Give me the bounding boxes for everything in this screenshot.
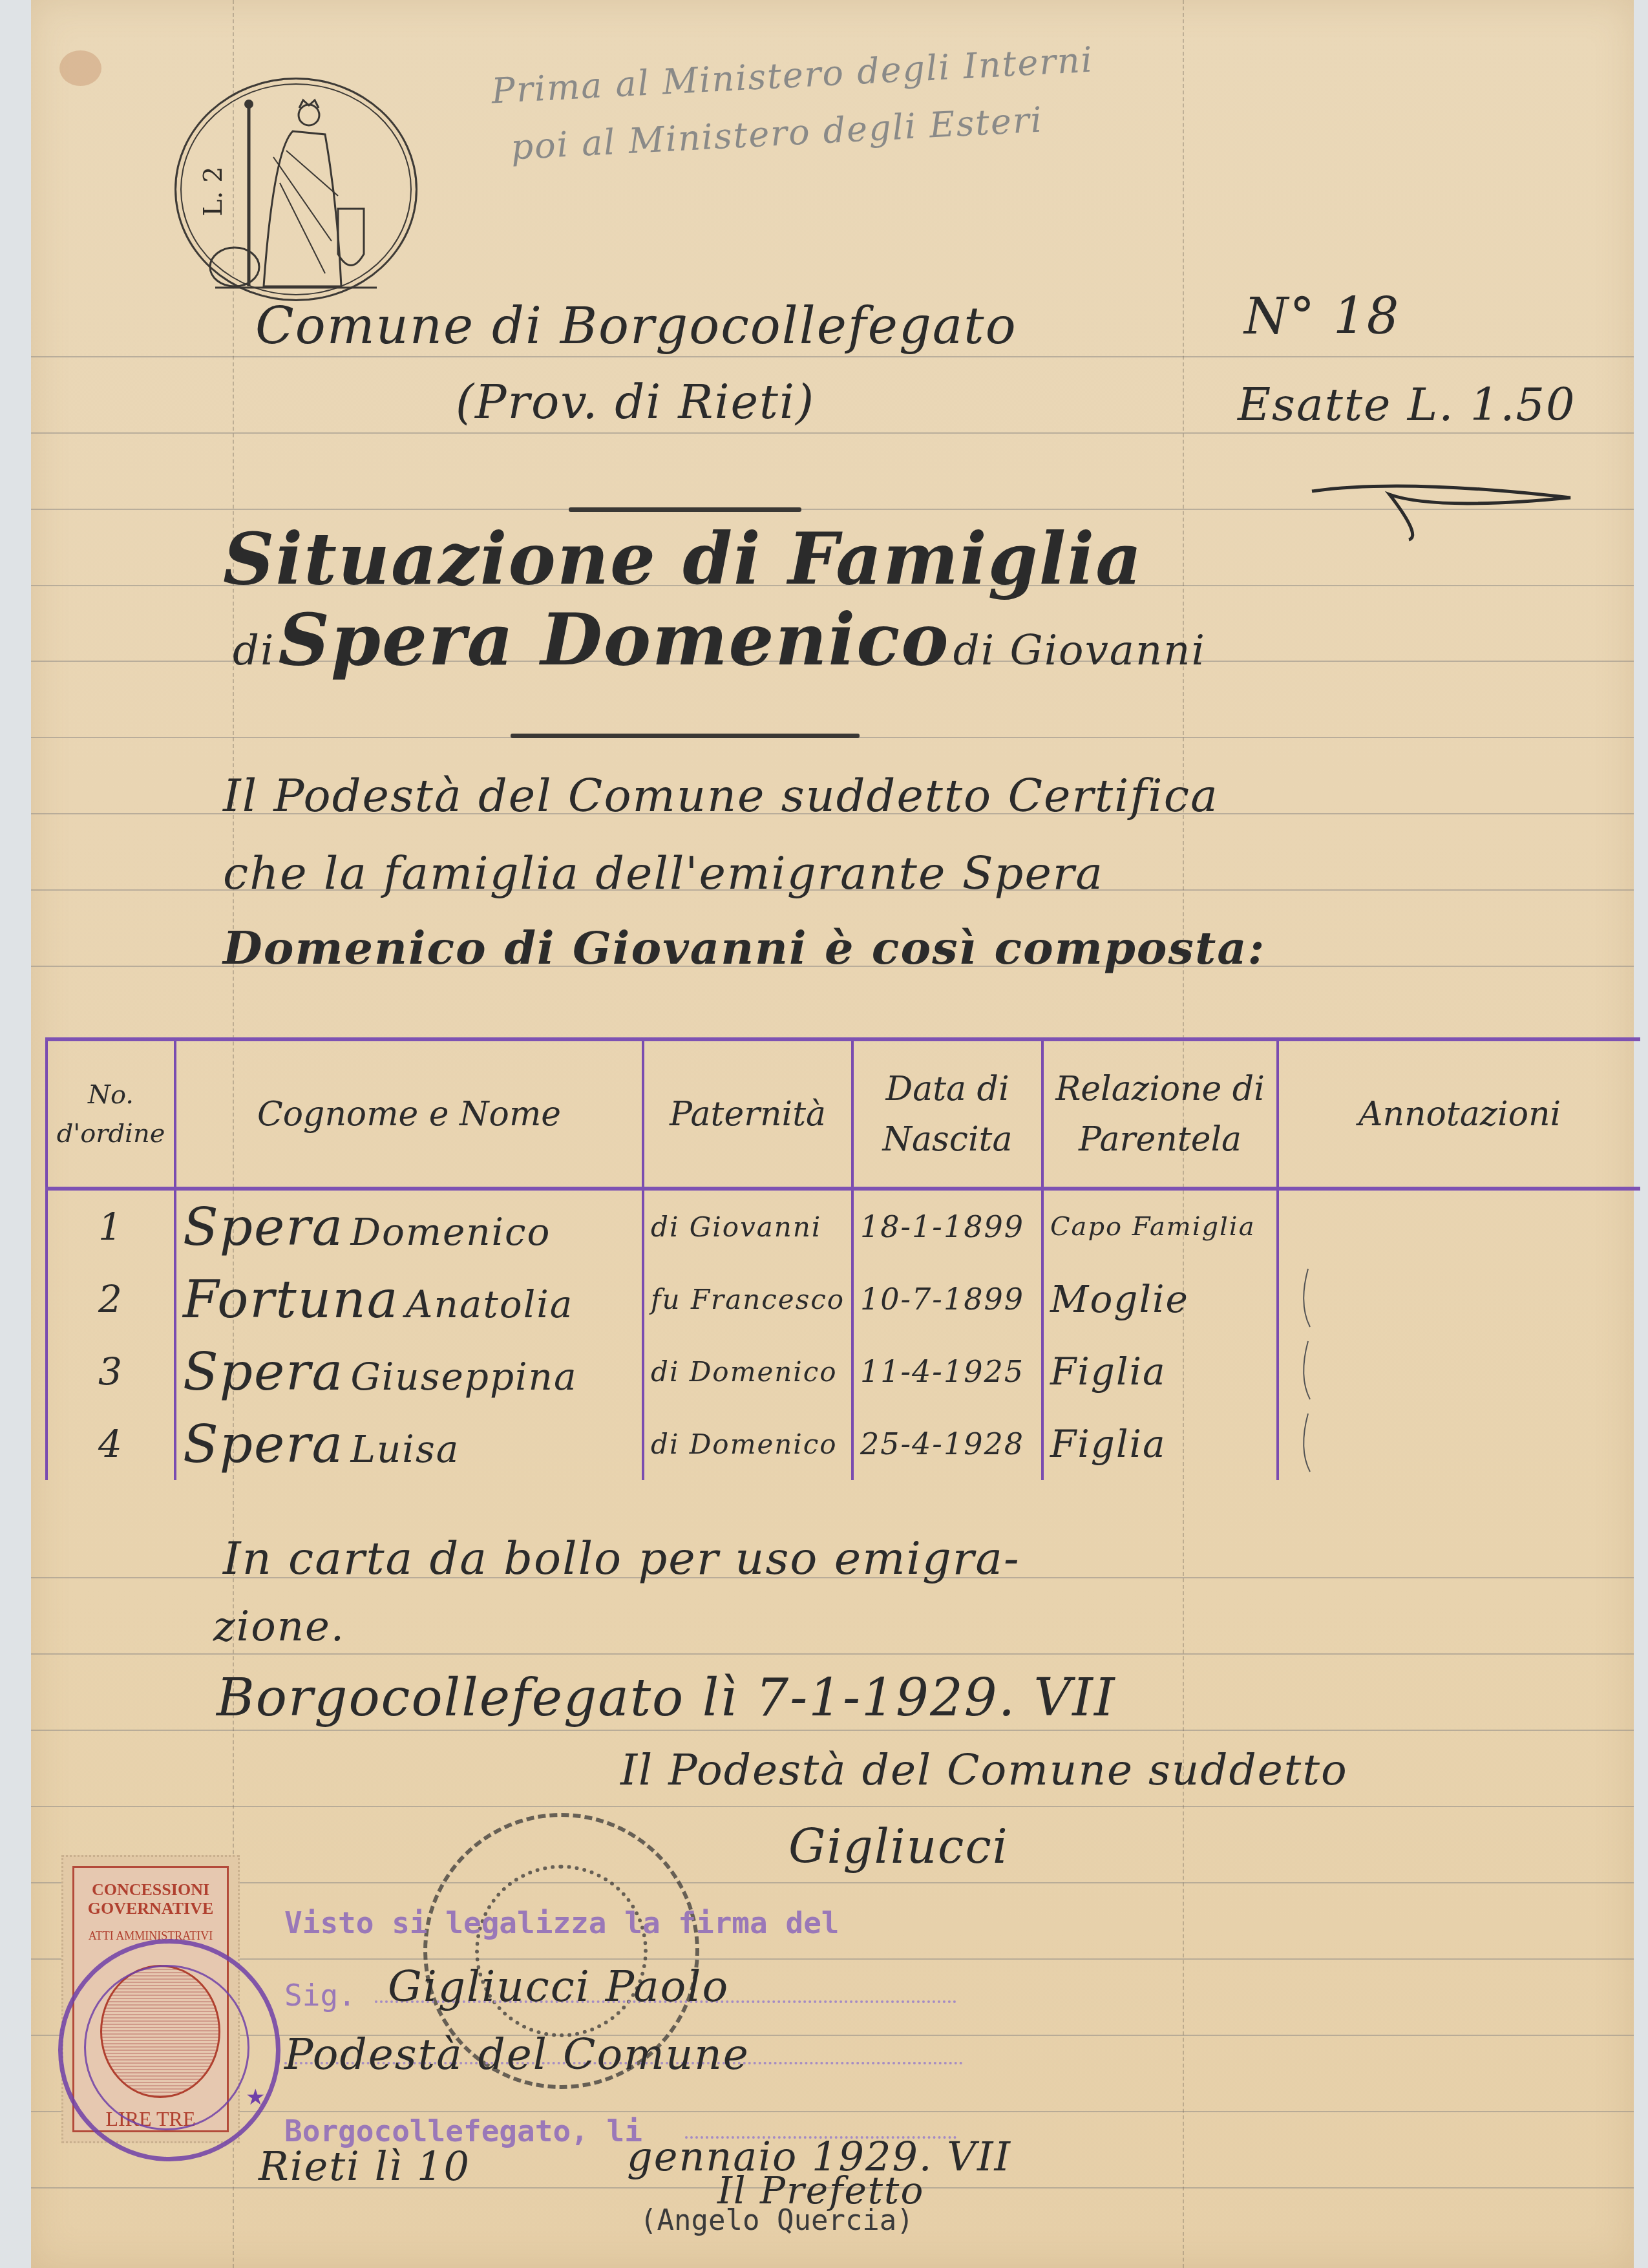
header-number: No. d'ordine bbox=[47, 1039, 175, 1189]
row-surname: Spera bbox=[183, 1414, 344, 1474]
document-number: N° 18 bbox=[1244, 288, 1400, 346]
divider-bottom bbox=[511, 734, 860, 738]
row-paternity: di Domenico bbox=[651, 1356, 838, 1388]
certification-line3: Domenico di Giovanni è così composta: bbox=[223, 921, 1265, 975]
paper-stain bbox=[59, 50, 101, 86]
row-given: Luisa bbox=[350, 1427, 460, 1471]
table-row: 1 Spera Domenico di Giovanni 18-1-1899 C… bbox=[47, 1189, 1640, 1263]
family-table: No. d'ordine Cognome e Nome Paternità Da… bbox=[45, 1037, 1640, 1480]
row-birth: 11-4-1925 bbox=[860, 1354, 1024, 1389]
closing-line1: In carta da bollo per uso emigra- bbox=[223, 1532, 1020, 1585]
title-suffix: di Giovanni bbox=[953, 627, 1206, 675]
prefect-name: (Angelo Quercia) bbox=[640, 2204, 914, 2237]
legalized-role: Podestà del Comune bbox=[284, 2030, 750, 2079]
seal-star-icon: ★ bbox=[246, 2084, 265, 2110]
place-date: Borgocollefegato lì 7-1-1929. VII bbox=[217, 1668, 1116, 1728]
row-surname: Fortuna bbox=[183, 1269, 399, 1330]
title-line1: Situazione di Famiglia bbox=[223, 517, 1143, 600]
signatory-title: Il Podestà del Comune suddetto bbox=[620, 1745, 1348, 1795]
header-paternity: Paternità bbox=[643, 1039, 852, 1189]
row-relation: Figlia bbox=[1050, 1350, 1167, 1394]
legalization-sig-prefix: Sig. bbox=[284, 1978, 356, 2013]
row-birth: 18-1-1899 bbox=[860, 1209, 1024, 1244]
row-number: 1 bbox=[98, 1205, 123, 1249]
row-number: 3 bbox=[98, 1350, 123, 1394]
header-relation: Relazione di Parentela bbox=[1042, 1039, 1278, 1189]
table-row: 2 Fortuna Anatolia fu Francesco 10-7-189… bbox=[47, 1263, 1640, 1335]
row-given: Domenico bbox=[350, 1210, 551, 1254]
initials-mark-icon bbox=[1285, 1338, 1324, 1403]
row-birth: 10-7-1899 bbox=[860, 1282, 1024, 1317]
certification-line1: Il Podestà del Comune suddetto Certifica bbox=[223, 769, 1219, 822]
comune-line: Comune di Borgocollefegato bbox=[255, 297, 1017, 355]
row-number: 4 bbox=[98, 1422, 123, 1466]
row-surname: Spera bbox=[183, 1342, 344, 1402]
legalized-name: Gigliucci Paolo bbox=[388, 1962, 729, 2011]
header-name: Cognome e Nome bbox=[175, 1039, 643, 1189]
header-birth: Data di Nascita bbox=[852, 1039, 1042, 1189]
table-row: 3 Spera Giuseppina di Domenico 11-4-1925… bbox=[47, 1335, 1640, 1408]
closing-line2: zione. bbox=[213, 1603, 345, 1651]
row-given: Giuseppina bbox=[350, 1355, 577, 1399]
fee-signature-icon bbox=[1305, 472, 1577, 543]
title-line2: di Spera Domenico di Giovanni bbox=[233, 598, 1206, 681]
prefecture-seal-inner bbox=[84, 1965, 249, 2130]
initials-mark-icon bbox=[1285, 1410, 1324, 1475]
podesta-signature: Gigliucci bbox=[788, 1819, 1009, 1874]
row-paternity: di Giovanni bbox=[651, 1211, 821, 1243]
row-relation: Capo Famiglia bbox=[1050, 1212, 1256, 1242]
italia-emblem-icon: L. 2 bbox=[174, 78, 417, 301]
row-given: Anatolia bbox=[406, 1282, 574, 1326]
table-header-row: No. d'ordine Cognome e Nome Paternità Da… bbox=[47, 1039, 1640, 1189]
row-surname: Spera bbox=[183, 1197, 344, 1257]
row-relation: Moglie bbox=[1050, 1277, 1189, 1321]
divider-top bbox=[569, 507, 801, 512]
title-prefix: di bbox=[233, 627, 275, 675]
header-notes: Annotazioni bbox=[1278, 1039, 1640, 1189]
fee-paid: Esatte L. 1.50 bbox=[1238, 378, 1576, 431]
stamp-top-text: CONCESSIONI GOVERNATIVE bbox=[74, 1881, 227, 1918]
row-birth: 25-4-1928 bbox=[860, 1426, 1024, 1461]
legalization-line1: Visto si legalizza la firma del bbox=[284, 1905, 840, 1940]
initials-mark-icon bbox=[1285, 1266, 1324, 1330]
row-relation: Figlia bbox=[1050, 1422, 1167, 1466]
row-number: 2 bbox=[98, 1277, 123, 1321]
province-line: (Prov. di Rieti) bbox=[456, 375, 815, 429]
italia-figure-icon bbox=[176, 79, 416, 299]
certification-line2: che la famiglia dell'emigrante Spera bbox=[223, 847, 1104, 900]
row-paternity: di Domenico bbox=[651, 1428, 838, 1460]
prefecture-place: Rieti lì 10 bbox=[259, 2143, 470, 2190]
title-name: Spera Domenico bbox=[279, 598, 950, 681]
row-paternity: fu Francesco bbox=[651, 1284, 845, 1315]
table-row: 4 Spera Luisa di Domenico 25-4-1928 Figl… bbox=[47, 1408, 1640, 1480]
